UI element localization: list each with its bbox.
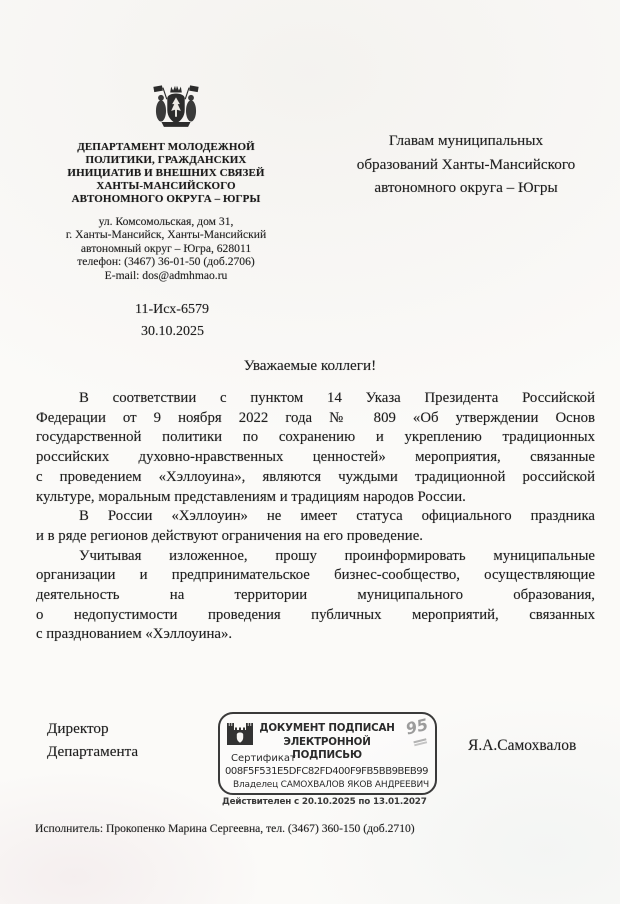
department-name-line: ПОЛИТИКИ, ГРАЖДАНСКИХ [46,154,286,167]
body-line: и в ряде регионов действуют ограничения … [36,527,595,547]
body-line: В России «Хэллоуин» не имеет статуса офи… [36,507,595,527]
recipient-block: Главам муниципальных образований Ханты-М… [330,129,602,200]
letterhead-department-name: ДЕПАРТАМЕНТ МОЛОДЕЖНОЙ ПОЛИТИКИ, ГРАЖДАН… [46,141,286,206]
address-email: E-mail: dos@admhmao.ru [36,269,296,282]
paragraph-1: В соответствии с пунктом 14 Указа Презид… [36,389,595,507]
scanned-letter-page: ДЕПАРТАМЕНТ МОЛОДЕЖНОЙ ПОЛИТИКИ, ГРАЖДАН… [0,0,620,904]
digital-signature-stamp: ДОКУМЕНТ ПОДПИСАН ЭЛЕКТРОННОЙ ПОДПИСЬЮ 9… [218,712,437,795]
executor-line: Исполнитель: Прокопенко Марина Сергеевна… [35,822,415,835]
certificate-owner: Владелец САМОХВАЛОВ ЯКОВ АНДРЕЕВИЧ [233,780,429,790]
recipient-line: автономного округа – Югры [330,176,602,200]
address-line: г. Ханты-Мансийск, Ханты-Мансийский [36,228,296,241]
certificate-validity: Действителен с 20.10.2025 по 13.01.2027 [222,797,437,807]
body-line: Учитывая изложенное, прошу проинформиров… [36,547,595,567]
recipient-line: Главам муниципальных [330,129,602,153]
stamp-coat-of-arms-icon [227,721,253,745]
body-line: российских духовно-нравственных ценносте… [36,448,595,468]
body-line: деятельность на территории муниципальног… [36,586,595,606]
address-line: автономный округ – Югра, 628011 [36,242,296,255]
department-name-line: ХАНТЫ-МАНСИЙСКОГО [46,180,286,193]
body-line: о недопустимости проведения публичных ме… [36,606,595,626]
certificate-label: Сертификат [231,753,296,764]
recipient-line: образований Ханты-Мансийского [330,153,602,177]
anniversary-95-badge-icon: 95 [402,715,434,747]
signer-position-line: Департамента [47,741,138,764]
signer-name: Я.А.Самохвалов [468,737,576,755]
body-line: организации и предпринимательское бизнес… [36,566,595,586]
department-name-line: АВТОНОМНОГО ОКРУГА – ЮГРЫ [46,193,286,206]
body-line: Федерации от 9 ноября 2022 года № 809 «О… [36,409,595,429]
paragraph-3: Учитывая изложенное, прошу проинформиров… [36,547,595,646]
signer-position-line: Директор [47,718,138,741]
body-line: с празднованием «Хэллоуина». [36,625,595,645]
paragraph-2: В России «Хэллоуин» не имеет статуса офи… [36,507,595,546]
department-name-line: ДЕПАРТАМЕНТ МОЛОДЕЖНОЙ [46,141,286,154]
body-line: В соответствии с пунктом 14 Указа Презид… [36,389,595,409]
outgoing-number: 11-Исх-6579 [135,302,209,318]
body-line: с проведением «Хэллоуина», являются чужд… [36,468,595,488]
stamp-title-line: ДОКУМЕНТ ПОДПИСАН [256,722,398,736]
body-line: культуре, моральным представлениям и тра… [36,488,595,508]
letterhead-address: ул. Комсомольская, дом 31, г. Ханты-Манс… [36,215,296,282]
signer-position: Директор Департамента [47,718,138,763]
salutation: Уважаемые коллеги! [0,357,620,375]
address-line: ул. Комсомольская, дом 31, [36,215,296,228]
body-line: государственной политики по сохранению и… [36,428,595,448]
letter-body: В соответствии с пунктом 14 Указа Презид… [36,389,595,645]
khmao-coat-of-arms-icon [145,84,207,130]
department-name-line: ИНИЦИАТИВ И ВНЕШНИХ СВЯЗЕЙ [46,167,286,180]
document-date: 30.10.2025 [141,324,204,340]
address-line: телефон: (3467) 36-01-50 (доб.2706) [36,255,296,268]
certificate-number: 008F5F531E5DFC82FD400F9FB5BB9BEB99 [225,766,428,777]
